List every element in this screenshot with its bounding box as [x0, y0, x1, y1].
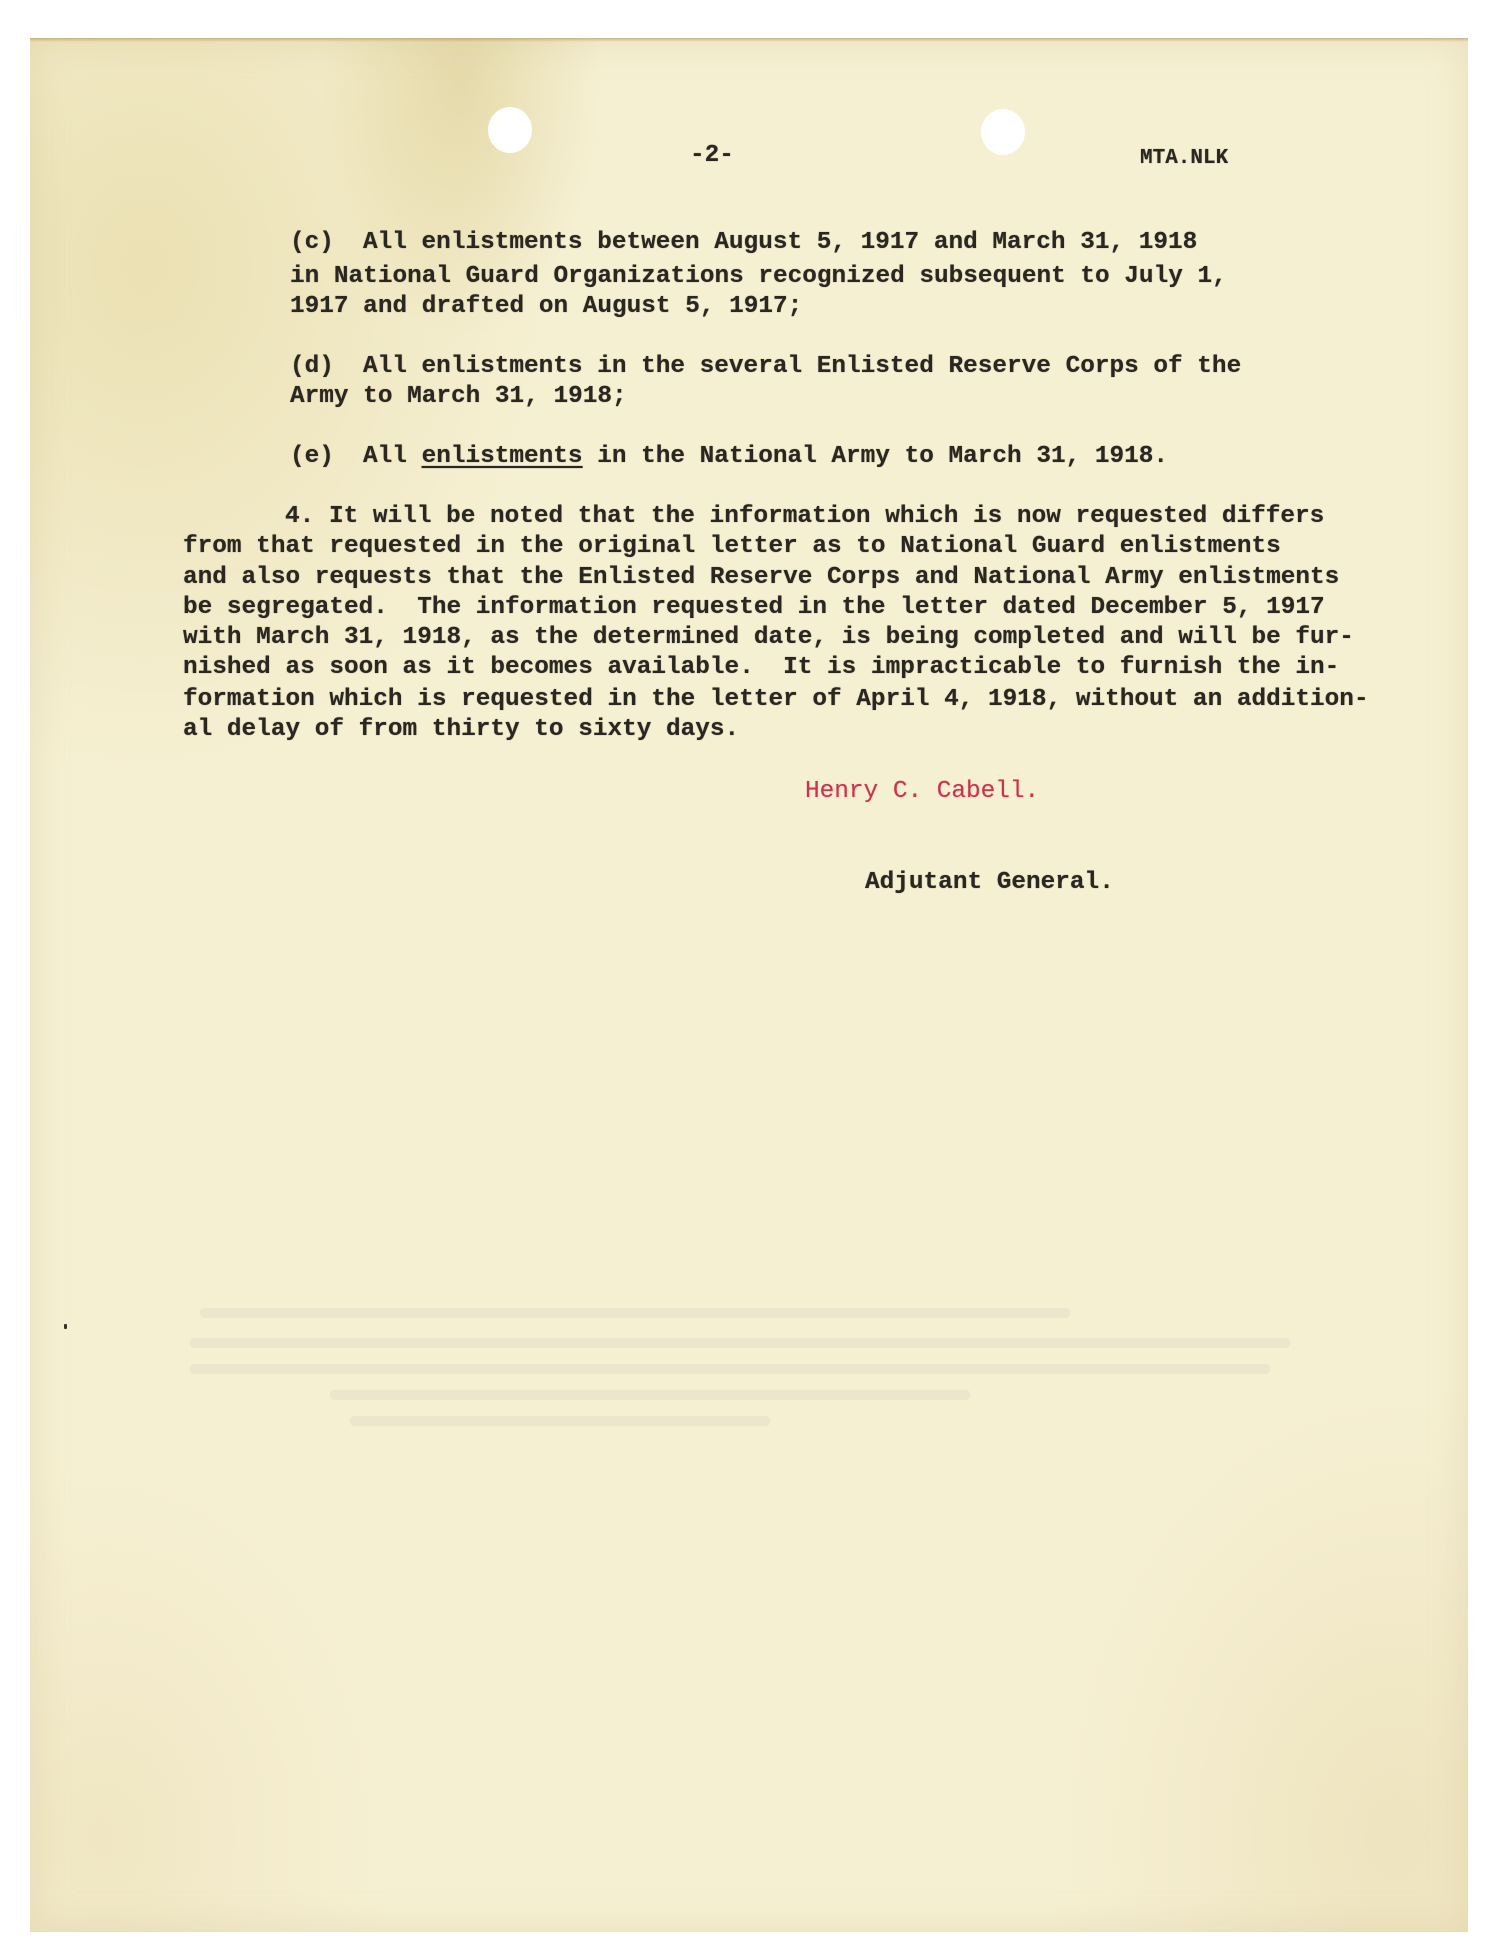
- punch-hole-right: [981, 109, 1025, 155]
- paragraph-line: from that requested in the original lett…: [183, 532, 1281, 563]
- item-label: (c): [290, 228, 334, 259]
- item-label: (d): [290, 352, 334, 383]
- page-number: -2-: [690, 141, 734, 172]
- item-line: All enlistments between August 5, 1917 a…: [363, 228, 1197, 259]
- paragraph-line: and also requests that the Enlisted Rese…: [183, 563, 1339, 594]
- paragraph-line: be segregated. The information requested…: [183, 593, 1325, 624]
- paragraph-line: with March 31, 1918, as the determined d…: [183, 623, 1354, 654]
- ink-speck: [64, 1324, 67, 1329]
- document-page: -2- MTA.NLK (c) All enlistments between …: [30, 38, 1468, 1932]
- item-label: (e): [290, 442, 334, 473]
- paragraph-number: 4.: [285, 502, 314, 533]
- punch-hole-left: [488, 107, 532, 153]
- item-text-prefix: All: [363, 443, 422, 470]
- item-text-suffix: in the National Army to March 31, 1918.: [583, 443, 1168, 470]
- item-line: Army to March 31, 1918;: [290, 382, 627, 413]
- paragraph-line: It will be noted that the information wh…: [329, 502, 1324, 533]
- underlined-word: enlistments: [422, 443, 583, 470]
- item-line: in National Guard Organizations recogniz…: [290, 262, 1227, 293]
- reference-code: MTA.NLK: [1140, 144, 1228, 175]
- signature-name: Henry C. Cabell.: [805, 777, 1039, 808]
- item-line: All enlistments in the National Army to …: [363, 442, 1168, 473]
- paper-top-edge: [30, 38, 1468, 42]
- signature-title: Adjutant General.: [865, 868, 1114, 899]
- item-line: 1917 and drafted on August 5, 1917;: [290, 292, 802, 323]
- paragraph-line: al delay of from thirty to sixty days.: [183, 715, 739, 746]
- item-line: All enlistments in the several Enlisted …: [363, 352, 1241, 383]
- paragraph-line: formation which is requested in the lett…: [183, 685, 1369, 716]
- paragraph-line: nished as soon as it becomes available. …: [183, 653, 1339, 684]
